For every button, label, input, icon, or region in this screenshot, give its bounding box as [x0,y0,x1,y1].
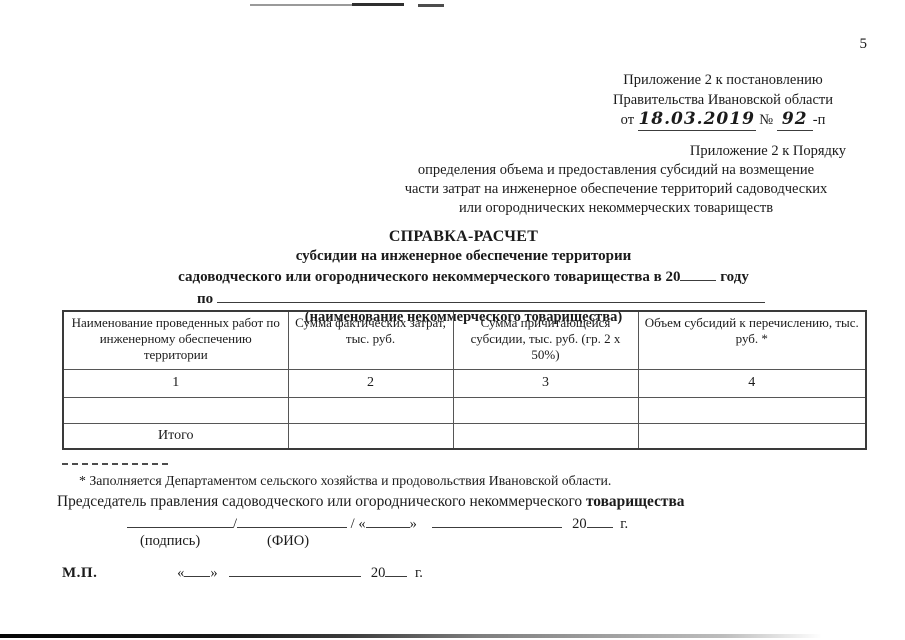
table-column-number-row: 1 2 3 4 [63,369,866,397]
year-blank [680,267,716,281]
year-suffix: г. [620,516,628,532]
month-blank [229,563,361,577]
footnote-text: * Заполняется Департаментом сельского хо… [62,473,842,489]
table-header-row: Наименование проведенных работ по инжене… [63,311,866,369]
document-title: СПРАВКА-РАСЧЕТ [62,228,865,246]
month-blank [432,514,562,528]
appendix-order-line2: определения объема и предоставления субс… [372,161,860,180]
column-number-1: 1 [63,369,288,397]
appendix-resolution-line2: Правительства Ивановской области [593,90,853,110]
table-total-label: Итого [63,423,288,449]
table-header-actual-costs: Сумма фактических затрат, тыс. руб. [288,311,453,369]
fio-blank [237,514,347,528]
signature-blank [127,514,233,528]
appendix-order-line1: Приложение 2 к Порядку [372,142,860,161]
table-cell [453,397,638,423]
table-header-due-subsidy: Сумма причитающейся субсидии, тыс. руб. … [453,311,638,369]
year-blank-3 [385,563,407,577]
table-cell [63,397,288,423]
stamp-row: М.П. «» 20 г. [62,563,423,582]
table-header-works: Наименование проведенных работ по инжене… [63,311,288,369]
close-quote: » [410,516,417,532]
signature-line: / / «» 20 г. [127,514,628,533]
po-label: по [197,291,213,307]
table-cell [453,423,638,449]
table-cell [288,397,453,423]
column-number-2: 2 [288,369,453,397]
year-suffix: г. [415,565,423,581]
year-prefix: 20 [572,516,587,532]
close-quote: » [210,565,217,581]
appendix-resolution-line1: Приложение 2 к постановлению [593,70,853,90]
scan-artifact-line [418,4,444,7]
document-subtitle-1: субсидии на инженерное обеспечение терри… [62,248,865,265]
table-row [63,397,866,423]
chairman-bold-word: товарищества [586,493,685,510]
table-cell [288,423,453,449]
stamp-place-label: М.П. [62,565,97,581]
scan-artifact-line [352,3,404,6]
signature-caption: (подпись) [140,533,200,550]
appendix-order-block: Приложение 2 к Порядку определения объем… [372,142,860,218]
scan-artifact-line [250,4,358,6]
appendix-resolution-dateline: от 18.03.2019 № 92-п [593,110,853,131]
footnote-separator [62,463,168,465]
column-number-3: 3 [453,369,638,397]
calculation-table: Наименование проведенных работ по инжене… [62,310,867,450]
year-prefix: 20 [371,565,386,581]
page-number: 5 [860,36,868,53]
table-cell [638,397,866,423]
year-blank-2 [587,514,613,528]
handwritten-date: 18.03.2019 [638,112,756,131]
appendix-order-line3: части затрат на инженерное обеспечение т… [372,180,860,199]
document-subtitle-2: садоводческого или огороднического неком… [62,267,865,286]
stamp-date-line: «» 20 г. [177,565,423,581]
document-page: 5 Приложение 2 к постановлению Правитель… [0,0,905,640]
open-quote: « [358,516,365,532]
date-label: от [621,112,634,128]
table-header-subsidy-volume: Объем субсидий к перечислению, тыс. руб.… [638,311,866,369]
appendix-resolution-block: Приложение 2 к постановлению Правительст… [593,70,853,131]
open-quote: « [177,565,184,581]
scan-artifact-line [0,634,822,638]
table-cell [638,423,866,449]
handwritten-number: 92 [777,112,813,131]
appendix-order-line4: или огороднических некоммерческих товари… [372,199,860,218]
name-blank [217,289,765,303]
table-total-row: Итого [63,423,866,449]
po-line: по [197,289,865,308]
column-number-4: 4 [638,369,866,397]
number-suffix: -п [813,112,826,128]
number-sign: № [759,112,773,128]
day-blank [366,514,410,528]
subtitle-2-suffix: году [720,269,749,285]
chairman-line: Председатель правления садоводческого ил… [57,493,877,511]
chairman-text: Председатель правления садоводческого ил… [57,493,586,510]
subtitle-2-prefix: садоводческого или огороднического неком… [178,269,680,285]
slash-separator: / [351,516,355,532]
day-blank [184,563,210,577]
fio-caption: (ФИО) [267,533,309,550]
